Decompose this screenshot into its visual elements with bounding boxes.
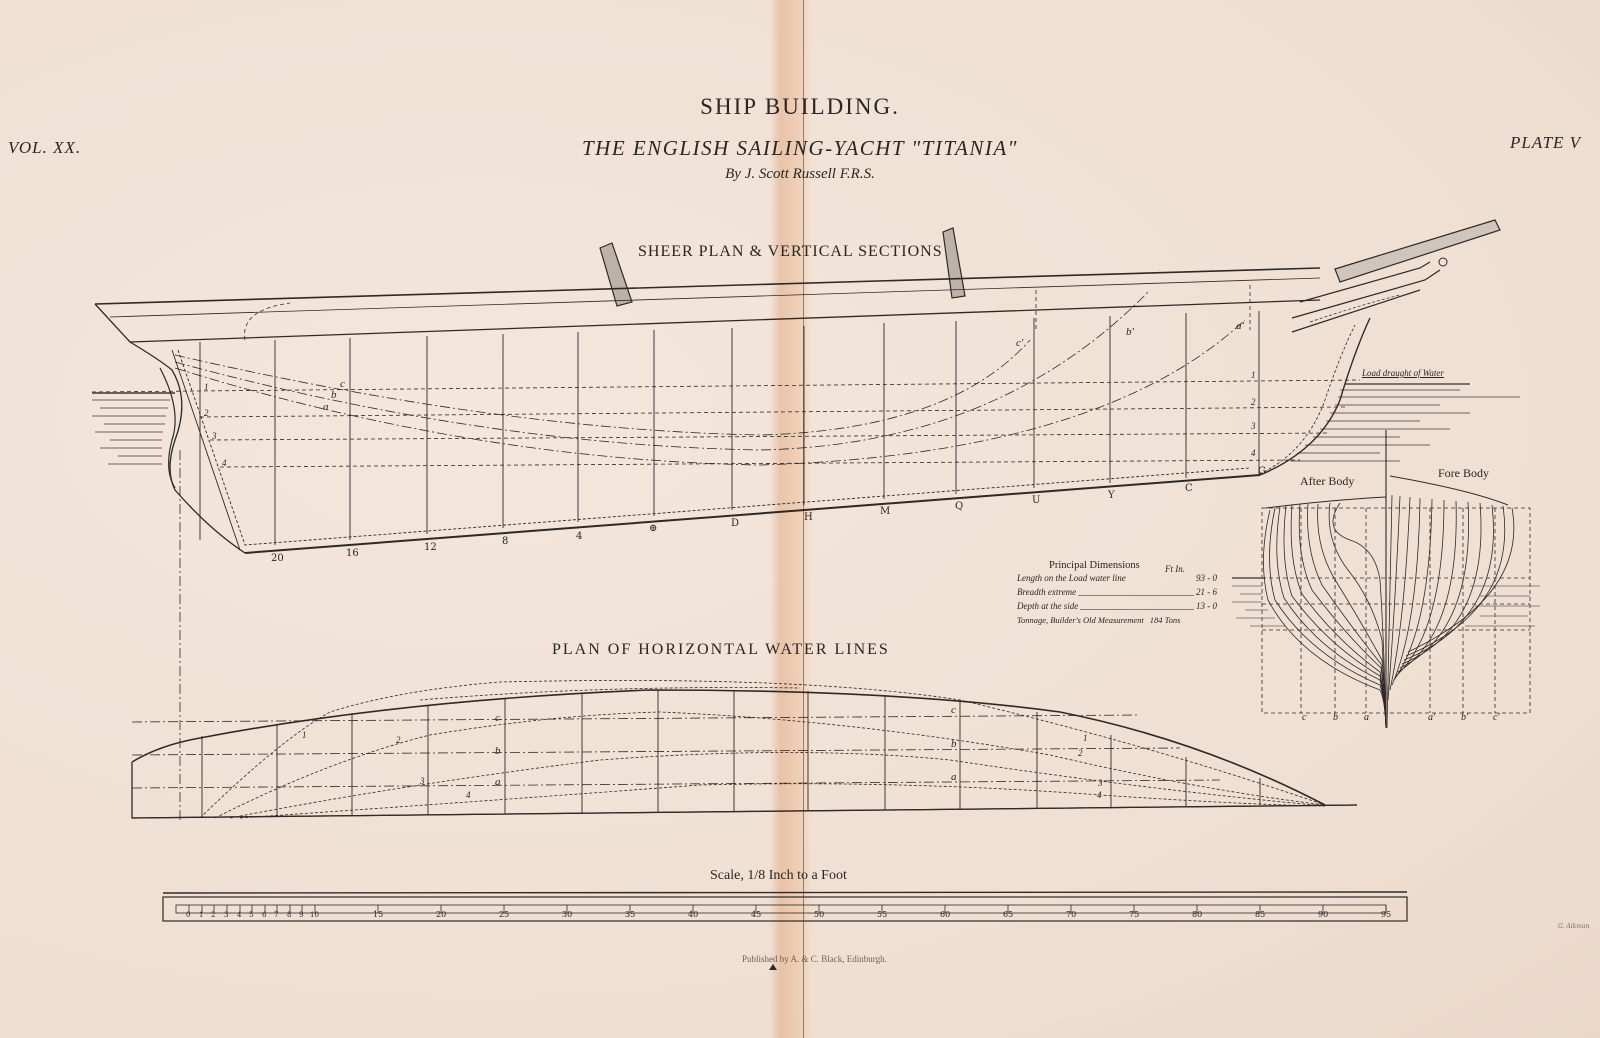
dimensions-units: Ft In. bbox=[1165, 564, 1185, 574]
diagonal-label: b' bbox=[1126, 326, 1134, 338]
half-breadth-outline bbox=[132, 690, 1325, 805]
dimension-value: 21 - 6 bbox=[1196, 587, 1217, 597]
scale-tick-label: 1 bbox=[199, 911, 203, 919]
wlp-label: 3 bbox=[1098, 778, 1103, 788]
dimension-row: Length on the Load water line 93 - 0 bbox=[1017, 571, 1217, 585]
wlp-label: 4 bbox=[466, 790, 471, 800]
sheer-stations bbox=[200, 311, 1259, 545]
station-label: U bbox=[1032, 495, 1040, 506]
scale-tick-label: 95 bbox=[1381, 910, 1391, 919]
dimension-row: Depth at the side 13 - 0 bbox=[1017, 599, 1217, 613]
scale-tick-label: 9 bbox=[299, 911, 303, 919]
sheer-waterlines bbox=[92, 380, 1360, 467]
scale-tick-label: 70 bbox=[1066, 910, 1076, 919]
scale-tick-label: 90 bbox=[1318, 910, 1328, 919]
wlp-label: 2 bbox=[396, 735, 401, 745]
diagonal-label: a bbox=[323, 401, 329, 413]
station-label: G bbox=[1258, 466, 1266, 477]
scale-tick-label: 25 bbox=[499, 910, 509, 919]
scale-tick-label: 0 bbox=[186, 911, 190, 919]
wlp-label: 1 bbox=[1083, 733, 1088, 743]
scale-tick-label: 20 bbox=[436, 910, 446, 919]
scale-tick-label: 5 bbox=[249, 911, 253, 919]
scale-tick-label: 3 bbox=[224, 911, 228, 919]
wl-label: 3 bbox=[1251, 421, 1256, 431]
station-label: D bbox=[731, 518, 739, 529]
after-body-label: After Body bbox=[1300, 474, 1354, 489]
body-bottom-label: b' bbox=[1461, 712, 1468, 723]
wl-label: 4 bbox=[222, 458, 227, 468]
keel-line bbox=[245, 475, 1260, 553]
station-label: Y bbox=[1108, 490, 1115, 501]
station-label: Q bbox=[955, 501, 963, 512]
station-label: ⊕ bbox=[649, 523, 657, 534]
mast-stumps bbox=[600, 228, 965, 306]
diagonal-label: c bbox=[340, 378, 345, 390]
wlp-label: c bbox=[951, 704, 956, 716]
wl-label: 1 bbox=[204, 382, 209, 392]
wlp-label: 4 bbox=[1097, 790, 1102, 800]
dimension-label: Tonnage, Builder's Old Measurement bbox=[1017, 615, 1144, 625]
station-label: 8 bbox=[502, 536, 508, 547]
scale-tick-label: 80 bbox=[1192, 910, 1202, 919]
wl-label: 4 bbox=[1251, 448, 1256, 458]
fore-body-label: Fore Body bbox=[1438, 466, 1489, 481]
dimension-row: Breadth extreme 21 - 6 bbox=[1017, 585, 1217, 599]
station-label: H bbox=[804, 512, 813, 523]
diagonal-label: a' bbox=[1236, 320, 1244, 332]
scale-tick-label: 85 bbox=[1255, 910, 1265, 919]
stern-outline bbox=[130, 342, 245, 553]
wlp-label: b bbox=[495, 745, 501, 757]
scale-tick-label: 10 bbox=[310, 911, 319, 919]
diagonal-label: c' bbox=[1016, 337, 1023, 349]
scale-tick-label: 55 bbox=[877, 910, 887, 919]
scale-tick-label: 50 bbox=[814, 910, 824, 919]
deck-line bbox=[95, 300, 1320, 342]
scale-tick-label: 2 bbox=[211, 911, 215, 919]
station-label: 16 bbox=[346, 548, 359, 559]
bowsprit bbox=[1335, 220, 1500, 282]
dimension-row: Tonnage, Builder's Old Measurement 184 T… bbox=[1017, 613, 1217, 627]
station-label: 4 bbox=[576, 531, 582, 542]
wl-label: 3 bbox=[212, 431, 217, 441]
scale-tick-label: 60 bbox=[940, 910, 950, 919]
body-plan bbox=[1232, 430, 1540, 728]
station-label: M bbox=[880, 506, 890, 517]
principal-dimensions-table: Principal Dimensions Ft In. Length on th… bbox=[1017, 560, 1217, 627]
wlp-label: b bbox=[951, 738, 957, 750]
wlp-label: 1 bbox=[302, 730, 307, 740]
scale-tick-label: 75 bbox=[1129, 910, 1139, 919]
engraver-credit: G. Aikman bbox=[1558, 923, 1589, 930]
scale-tick-label: 45 bbox=[751, 910, 761, 919]
body-bottom-label: b bbox=[1333, 712, 1338, 723]
scale-label: Scale, 1/8 Inch to a Foot bbox=[710, 868, 847, 884]
after-body-sections bbox=[1263, 503, 1386, 728]
wl-label: 1 bbox=[1251, 370, 1256, 380]
station-label: C bbox=[1185, 483, 1193, 494]
scale-bar bbox=[163, 892, 1407, 921]
scale-tick-label: 7 bbox=[274, 911, 278, 919]
scale-tick-label: 40 bbox=[688, 910, 698, 919]
wl-label: 2 bbox=[1251, 397, 1256, 407]
dimension-label: Length on the Load water line bbox=[1017, 573, 1126, 583]
scale-tick-label: 15 bbox=[373, 910, 383, 919]
wl-label: 2 bbox=[204, 408, 209, 418]
water-lines-plan-title: PLAN OF HORIZONTAL WATER LINES bbox=[552, 641, 890, 659]
publisher-mark bbox=[769, 964, 777, 970]
sheer-diagonals bbox=[175, 290, 1245, 465]
scale-tick-label: 4 bbox=[237, 911, 241, 919]
dimension-label: Breadth extreme bbox=[1017, 587, 1076, 597]
body-bottom-label: c bbox=[1302, 712, 1306, 723]
sheer-plan-title: SHEER PLAN & VERTICAL SECTIONS bbox=[638, 243, 943, 261]
wlp-label: c bbox=[495, 712, 500, 724]
diagonal-label: b bbox=[331, 389, 337, 401]
dimension-label: Depth at the side bbox=[1017, 601, 1078, 611]
water-hatching-aft bbox=[92, 393, 175, 464]
dimensions-heading: Principal Dimensions bbox=[1017, 560, 1217, 571]
scale-tick-label: 35 bbox=[625, 910, 635, 919]
station-label: 12 bbox=[424, 542, 437, 553]
scale-tick-label: 8 bbox=[287, 911, 291, 919]
water-lines-plan bbox=[132, 680, 1357, 818]
stem-outline bbox=[1260, 318, 1370, 475]
wlp-label: a bbox=[951, 771, 957, 783]
station-label: 20 bbox=[271, 553, 284, 564]
body-bottom-label: a bbox=[1364, 712, 1369, 723]
scale-tick-label: 30 bbox=[562, 910, 572, 919]
body-bottom-label: c' bbox=[1493, 712, 1500, 723]
load-water-annotation: Load draught of Water bbox=[1362, 368, 1444, 378]
water-hatching-fore bbox=[1290, 384, 1520, 461]
publisher-credit: Published by A. & C. Black, Edinburgh. bbox=[742, 954, 887, 964]
wlp-label: 2 bbox=[1078, 748, 1083, 758]
body-bottom-label: a' bbox=[1428, 712, 1435, 723]
wlp-label: 3 bbox=[420, 776, 425, 786]
rail-top-line bbox=[95, 268, 1320, 304]
dimension-value: 13 - 0 bbox=[1196, 601, 1217, 611]
dimension-value: 93 - 0 bbox=[1196, 573, 1217, 583]
scale-tick-label: 6 bbox=[262, 911, 266, 919]
wlp-label: a bbox=[495, 776, 501, 788]
scale-tick-label: 65 bbox=[1003, 910, 1013, 919]
dimension-value: 184 Tons bbox=[1150, 615, 1181, 625]
